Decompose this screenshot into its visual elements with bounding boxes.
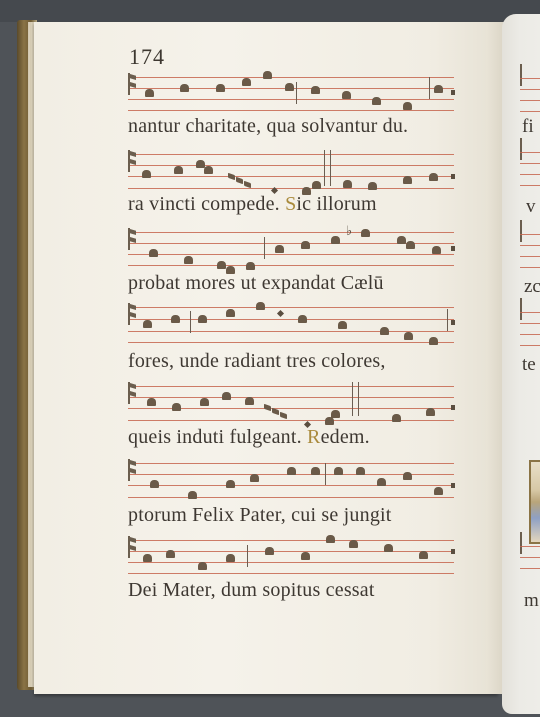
right-page: fi v zc te m	[502, 14, 540, 714]
lyric-text: ra vincti compede.	[128, 193, 285, 215]
right-lyric-fragment: v	[526, 196, 536, 218]
clef-icon	[520, 298, 529, 320]
gold-initial: R	[307, 426, 321, 448]
clef-icon	[520, 220, 529, 242]
flat-sign-icon: ♭	[346, 223, 352, 239]
lyric-line-3: probat mores ut expandat Cælū	[128, 272, 384, 295]
folio-number: 174	[129, 44, 165, 70]
illuminated-initial	[529, 460, 540, 544]
lyric-line-2: ra vincti compede. Sic illorum	[128, 193, 377, 216]
right-staff	[520, 302, 540, 338]
lyric-line-1: nantur charitate, qua solvantur du.	[128, 115, 408, 138]
lyric-text: queis induti fulgeant.	[128, 426, 307, 448]
c-clef-icon	[128, 536, 137, 558]
right-lyric-fragment: zc	[524, 276, 540, 298]
right-staff	[520, 142, 540, 178]
gold-initial: S	[285, 193, 296, 215]
c-clef-icon	[128, 303, 137, 325]
right-lyric-fragment: fi	[522, 116, 534, 138]
right-staff	[520, 536, 540, 572]
clef-icon	[520, 138, 529, 160]
music-staff-2	[128, 154, 454, 190]
right-staff	[520, 68, 540, 104]
music-staff-1	[128, 77, 454, 113]
lyric-line-7: Dei Mater, dum sopitus cessat	[128, 579, 375, 602]
clef-icon	[520, 532, 529, 554]
music-staff-4	[128, 307, 454, 343]
c-clef-icon	[128, 382, 137, 404]
music-staff-6	[128, 463, 454, 499]
background	[0, 0, 540, 22]
music-staff-5	[128, 386, 454, 422]
c-clef-icon	[128, 228, 137, 250]
c-clef-icon	[128, 459, 137, 481]
lyric-text: ic illorum	[296, 193, 376, 215]
lyric-line-6: ptorum Felix Pater, cui se jungit	[128, 504, 392, 527]
clef-icon	[520, 64, 529, 86]
music-staff-3: ♭	[128, 232, 454, 268]
right-staff	[520, 224, 540, 260]
lyric-line-5: queis induti fulgeant. Redem.	[128, 426, 370, 449]
right-lyric-fragment: te	[522, 354, 536, 376]
c-clef-icon	[128, 150, 137, 172]
music-staff-7	[128, 540, 454, 576]
right-lyric-fragment: m	[524, 590, 539, 612]
lyric-line-4: fores, unde radiant tres colores,	[128, 350, 386, 373]
c-clef-icon	[128, 73, 137, 95]
lyric-text: edem.	[321, 426, 370, 448]
